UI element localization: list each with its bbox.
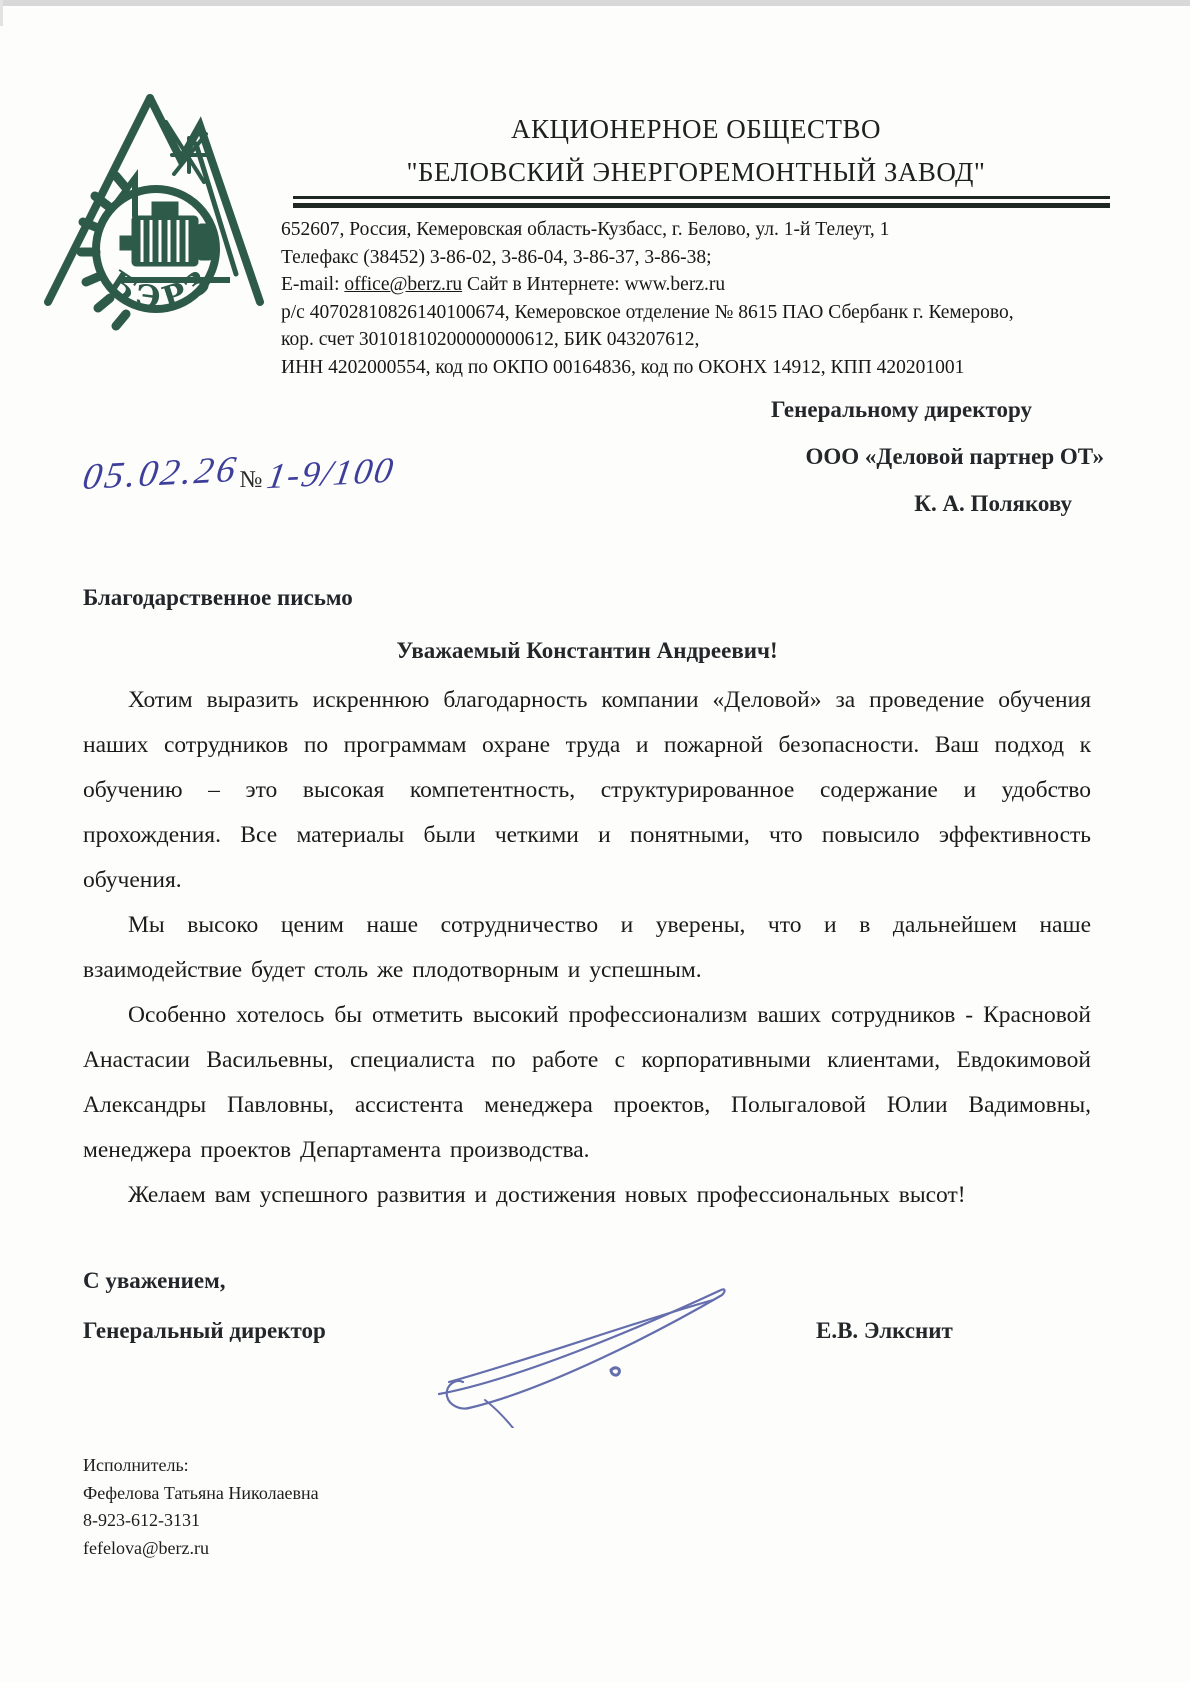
addressee-company: ООО «Деловой партнер ОТ» [532,433,1104,480]
email-label: E-mail: [281,274,344,295]
svg-text:БЭРЗ: БЭРЗ [102,259,223,317]
executor-label: Исполнитель: [83,1452,319,1480]
scan-artifact-left [0,0,3,26]
signature-stroke-icon [425,1278,735,1428]
company-email-line: E-mail: office@berz.ru Сайт в Интернете:… [281,271,1131,299]
executor-phone: 8-923-612-3131 [83,1507,319,1535]
salutation: Уважаемый Константин Андреевич! [83,638,1091,664]
regards-line: С уважением, [83,1268,226,1294]
addressee-name: К. А. Полякову [532,480,1072,527]
reference-line: 05.02.26 № 1-9/100 [84,452,394,495]
paragraph-4: Желаем вам успешного развития и достижен… [83,1173,1091,1218]
addressee-position: Генеральному директору [532,386,1032,433]
company-email: office@berz.ru [344,274,462,295]
org-name: "БЕЛОВСКИЙ ЭНЕРГОРЕМОНТНЫЙ ЗАВОД" [285,151,1107,194]
executor-email: fefelova@berz.ru [83,1535,319,1563]
paragraph-3: Особенно хотелось бы отметить высокий пр… [83,993,1091,1173]
berz-logo-emblem-icon: БЭРЗ [38,82,268,344]
company-phones: Телефакс (38452) 3-86-02, 3-86-04, 3-86-… [281,244,1131,272]
company-codes: ИНН 4202000554, код по ОКПО 00164836, ко… [281,354,1131,382]
number-sign: № [240,467,263,494]
letter-subject: Благодарственное письмо [83,585,353,611]
paragraph-1: Хотим выразить искреннюю благодарность к… [83,678,1091,903]
paragraph-2: Мы высоко ценим наше сотрудничество и ув… [83,903,1091,993]
company-corr-account: кор. счет 30101810200000000612, БИК 0432… [281,326,1131,354]
company-title: АКЦИОНЕРНОЕ ОБЩЕСТВО "БЕЛОВСКИЙ ЭНЕРГОРЕ… [285,108,1107,194]
signer-position: Генеральный директор [83,1318,326,1344]
handwritten-number: 1-9/100 [264,449,398,498]
executor-name: Фефелова Татьяна Николаевна [83,1480,319,1508]
company-address: 652607, Россия, Кемеровская область-Кузб… [281,216,1131,244]
company-details: 652607, Россия, Кемеровская область-Кузб… [281,216,1131,381]
company-account: р/с 40702810826140100674, Кемеровское от… [281,299,1131,327]
handwritten-signature [425,1278,735,1428]
company-logo: БЭРЗ [38,82,268,344]
letter-body: Уважаемый Константин Андреевич! Хотим вы… [83,638,1091,1218]
org-type: АКЦИОНЕРНОЕ ОБЩЕСТВО [285,108,1107,151]
logo-text: БЭРЗ [102,259,223,317]
handwritten-date: 05.02.26 [80,448,242,499]
company-site: Сайт в Интернете: www.berz.ru [462,274,725,295]
scan-artifact-top [0,0,1190,6]
header-divider [293,196,1110,208]
signer-name: Е.В. Элкснит [816,1318,953,1344]
executor-block: Исполнитель: Фефелова Татьяна Николаевна… [83,1452,319,1562]
addressee-block: Генеральному директору ООО «Деловой парт… [532,386,1032,527]
